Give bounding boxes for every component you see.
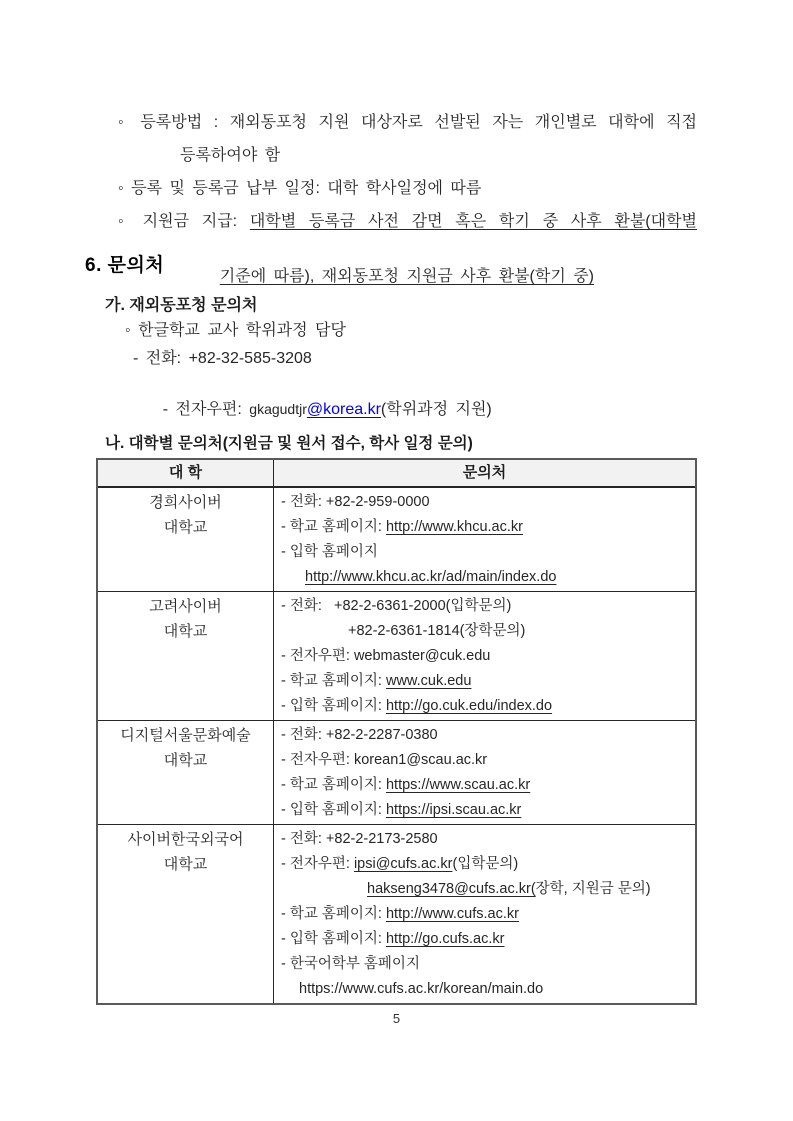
contact-text: +82-2-6361-1814(장학문의) <box>348 623 525 639</box>
university-contact-table: 대 학 문의처 경희사이버대학교- 전화: +82-2-959-0000- 학교… <box>96 458 697 1005</box>
section-title: 6. 문의처 <box>85 250 164 277</box>
underlined-url-text: hakseng3478@cufs.ac.kr( <box>367 881 536 897</box>
contact-line: - 입학 홈페이지 <box>281 540 695 565</box>
university-cell: 디지털서울문화예술대학교 <box>98 721 274 824</box>
underlined-url-text: https://ipsi.scau.ac.kr <box>386 802 521 818</box>
university-name-line: 디지털서울문화예술 <box>98 723 273 748</box>
contact-line: - 학교 홈페이지: http://www.khcu.ac.kr <box>281 515 695 540</box>
contact-line: - 입학 홈페이지: https://ipsi.scau.ac.kr <box>281 798 695 823</box>
bullet-payment-line2-underlined: 기준에 따름), 재외동포청 지원금 사후 환불(학기 중) <box>220 268 594 285</box>
contact-text: - 학교 홈페이지: <box>281 519 386 535</box>
contact-line: hakseng3478@cufs.ac.kr(장학, 지원금 문의) <box>281 877 695 902</box>
underlined-url-text: http://go.cufs.ac.kr <box>386 931 504 947</box>
contact-line: - 전화: +82-2-959-0000 <box>281 490 695 515</box>
contact-line: - 입학 홈페이지: http://go.cufs.ac.kr <box>281 927 695 952</box>
email-label: - 전자우편: <box>163 401 250 418</box>
university-name-line: 사이버한국외국어 <box>98 827 273 852</box>
contact-text: - 학교 홈페이지: <box>281 777 386 793</box>
contact-text: - 전화: +82-2-2173-2580 <box>281 831 438 847</box>
email-id-text: gkagudtjr <box>249 401 307 417</box>
bullet-registration-method-line2: 등록하여야 함 <box>180 145 280 167</box>
underlined-url-text: https://www.scau.ac.kr <box>386 777 530 793</box>
subsection-a-line1: ◦ 한글학교 교사 학위과정 담당 <box>125 320 346 342</box>
contact-cell: - 전화: +82-2-6361-2000(입학문의)+82-2-6361-18… <box>274 592 695 720</box>
bullet-payment-line1: ◦ 지원금 지급: 대학별 등록금 사전 감면 혹은 학기 중 사후 환불(대학… <box>118 211 697 233</box>
bullet-registration-method-line1: ◦ 등록방법 : 재외동포청 지원 대상자로 선발된 자는 개인별로 대학에 직… <box>118 112 697 134</box>
university-name-line: 대학교 <box>98 619 273 644</box>
contact-line: - 입학 홈페이지: http://go.cuk.edu/index.do <box>281 694 695 719</box>
bullet-payment-underlined: 대학별 등록금 사전 감면 혹은 학기 중 사후 환불(대학별 <box>250 213 697 230</box>
university-name-line: 대학교 <box>98 852 273 877</box>
contact-cell: - 전화: +82-2-2287-0380- 전자우편: korean1@sca… <box>274 721 695 824</box>
subsection-a-heading: 가. 재외동포청 문의처 <box>105 292 257 315</box>
contact-text: 장학, 지원금 문의) <box>536 881 651 897</box>
subsection-b-heading: 나. 대학별 문의처(지원금 및 원서 접수, 학사 일정 문의) <box>105 431 473 453</box>
table-row: 사이버한국외국어대학교- 전화: +82-2-2173-2580- 전자우편: … <box>98 825 695 1003</box>
contact-line: - 전화: +82-2-2173-2580 <box>281 827 695 852</box>
bullet-registration-schedule: ◦ 등록 및 등록금 납부 일정: 대학 학사일정에 따름 <box>118 178 481 200</box>
table-row: 디지털서울문화예술대학교- 전화: +82-2-2287-0380- 전자우편:… <box>98 721 695 825</box>
university-cell: 경희사이버대학교 <box>98 488 274 591</box>
underlined-url-text: http://www.khcu.ac.kr/ad/main/index.do <box>305 569 556 585</box>
page-number: 5 <box>0 1011 793 1026</box>
document-page: ◦ 등록방법 : 재외동포청 지원 대상자로 선발된 자는 개인별로 대학에 직… <box>0 0 793 1121</box>
contact-line: - 학교 홈페이지: http://www.cufs.ac.kr <box>281 902 695 927</box>
contact-text: - 입학 홈페이지: <box>281 802 386 818</box>
contact-line: https://www.cufs.ac.kr/korean/main.do <box>281 977 695 1002</box>
contact-text: - 입학 홈페이지: <box>281 931 386 947</box>
contact-text: - 전화: +82-2-959-0000 <box>281 494 430 510</box>
underlined-url-text: ipsi@cufs.ac.kr <box>354 856 453 872</box>
contact-line: - 학교 홈페이지: https://www.scau.ac.kr <box>281 773 695 798</box>
contact-line: - 한국어학부 홈페이지 <box>281 952 695 977</box>
underlined-url-text: http://go.cuk.edu/index.do <box>386 698 552 714</box>
table-header-row: 대 학 문의처 <box>98 460 695 488</box>
contact-text: - 전자우편: korean1@scau.ac.kr <box>281 752 487 768</box>
contact-text: - 학교 홈페이지: <box>281 673 386 689</box>
contact-line: - 전자우편: webmaster@cuk.edu <box>281 644 695 669</box>
university-cell: 고려사이버대학교 <box>98 592 274 720</box>
contact-line: - 전자우편: korean1@scau.ac.kr <box>281 748 695 773</box>
university-name-line: 대학교 <box>98 748 273 773</box>
contact-line: http://www.khcu.ac.kr/ad/main/index.do <box>281 565 695 590</box>
contact-text: - 입학 홈페이지 <box>281 544 378 560</box>
contact-line: - 학교 홈페이지: www.cuk.edu <box>281 669 695 694</box>
contact-cell: - 전화: +82-2-959-0000- 학교 홈페이지: http://ww… <box>274 488 695 591</box>
contact-line: - 전화: +82-2-2287-0380 <box>281 723 695 748</box>
contact-text: - 전화: +82-2-2287-0380 <box>281 727 438 743</box>
underlined-url-text: http://www.khcu.ac.kr <box>386 519 523 535</box>
underlined-url-text: www.cuk.edu <box>386 673 471 689</box>
contact-line: - 전자우편: ipsi@cufs.ac.kr(입학문의) <box>281 852 695 877</box>
subsection-a-phone: - 전화: +82-32-585-3208 <box>133 348 312 370</box>
bullet-payment-prefix: ◦ 지원금 지급: <box>118 213 250 230</box>
table-header-contact: 문의처 <box>274 460 695 486</box>
underlined-url-text: http://www.cufs.ac.kr <box>386 906 519 922</box>
contact-line: - 전화: +82-2-6361-2000(입학문의) <box>281 594 695 619</box>
university-cell: 사이버한국외국어대학교 <box>98 825 274 1003</box>
table-row: 고려사이버대학교- 전화: +82-2-6361-2000(입학문의)+82-2… <box>98 592 695 721</box>
university-name-line: 대학교 <box>98 515 273 540</box>
contact-text: - 한국어학부 홈페이지 <box>281 956 420 972</box>
email-domain-link[interactable]: @korea.kr <box>307 401 381 418</box>
email-note: (학위과정 지원) <box>381 401 492 418</box>
contact-text: - 학교 홈페이지: <box>281 906 386 922</box>
contact-cell: - 전화: +82-2-2173-2580- 전자우편: ipsi@cufs.a… <box>274 825 695 1003</box>
contact-text: - 전화: +82-2-6361-2000(입학문의) <box>281 598 511 614</box>
university-name-line: 고려사이버 <box>98 594 273 619</box>
university-name-line: 경희사이버 <box>98 490 273 515</box>
contact-text: - 입학 홈페이지: <box>281 698 386 714</box>
contact-line: +82-2-6361-1814(장학문의) <box>281 619 695 644</box>
contact-text: - 전자우편: <box>281 856 354 872</box>
contact-text: - 전자우편: webmaster@cuk.edu <box>281 648 490 664</box>
contact-text: https://www.cufs.ac.kr/korean/main.do <box>299 981 543 997</box>
contact-text: (입학문의) <box>452 856 518 872</box>
table-body: 경희사이버대학교- 전화: +82-2-959-0000- 학교 홈페이지: h… <box>98 488 695 1003</box>
table-row: 경희사이버대학교- 전화: +82-2-959-0000- 학교 홈페이지: h… <box>98 488 695 592</box>
table-header-university: 대 학 <box>98 460 274 486</box>
